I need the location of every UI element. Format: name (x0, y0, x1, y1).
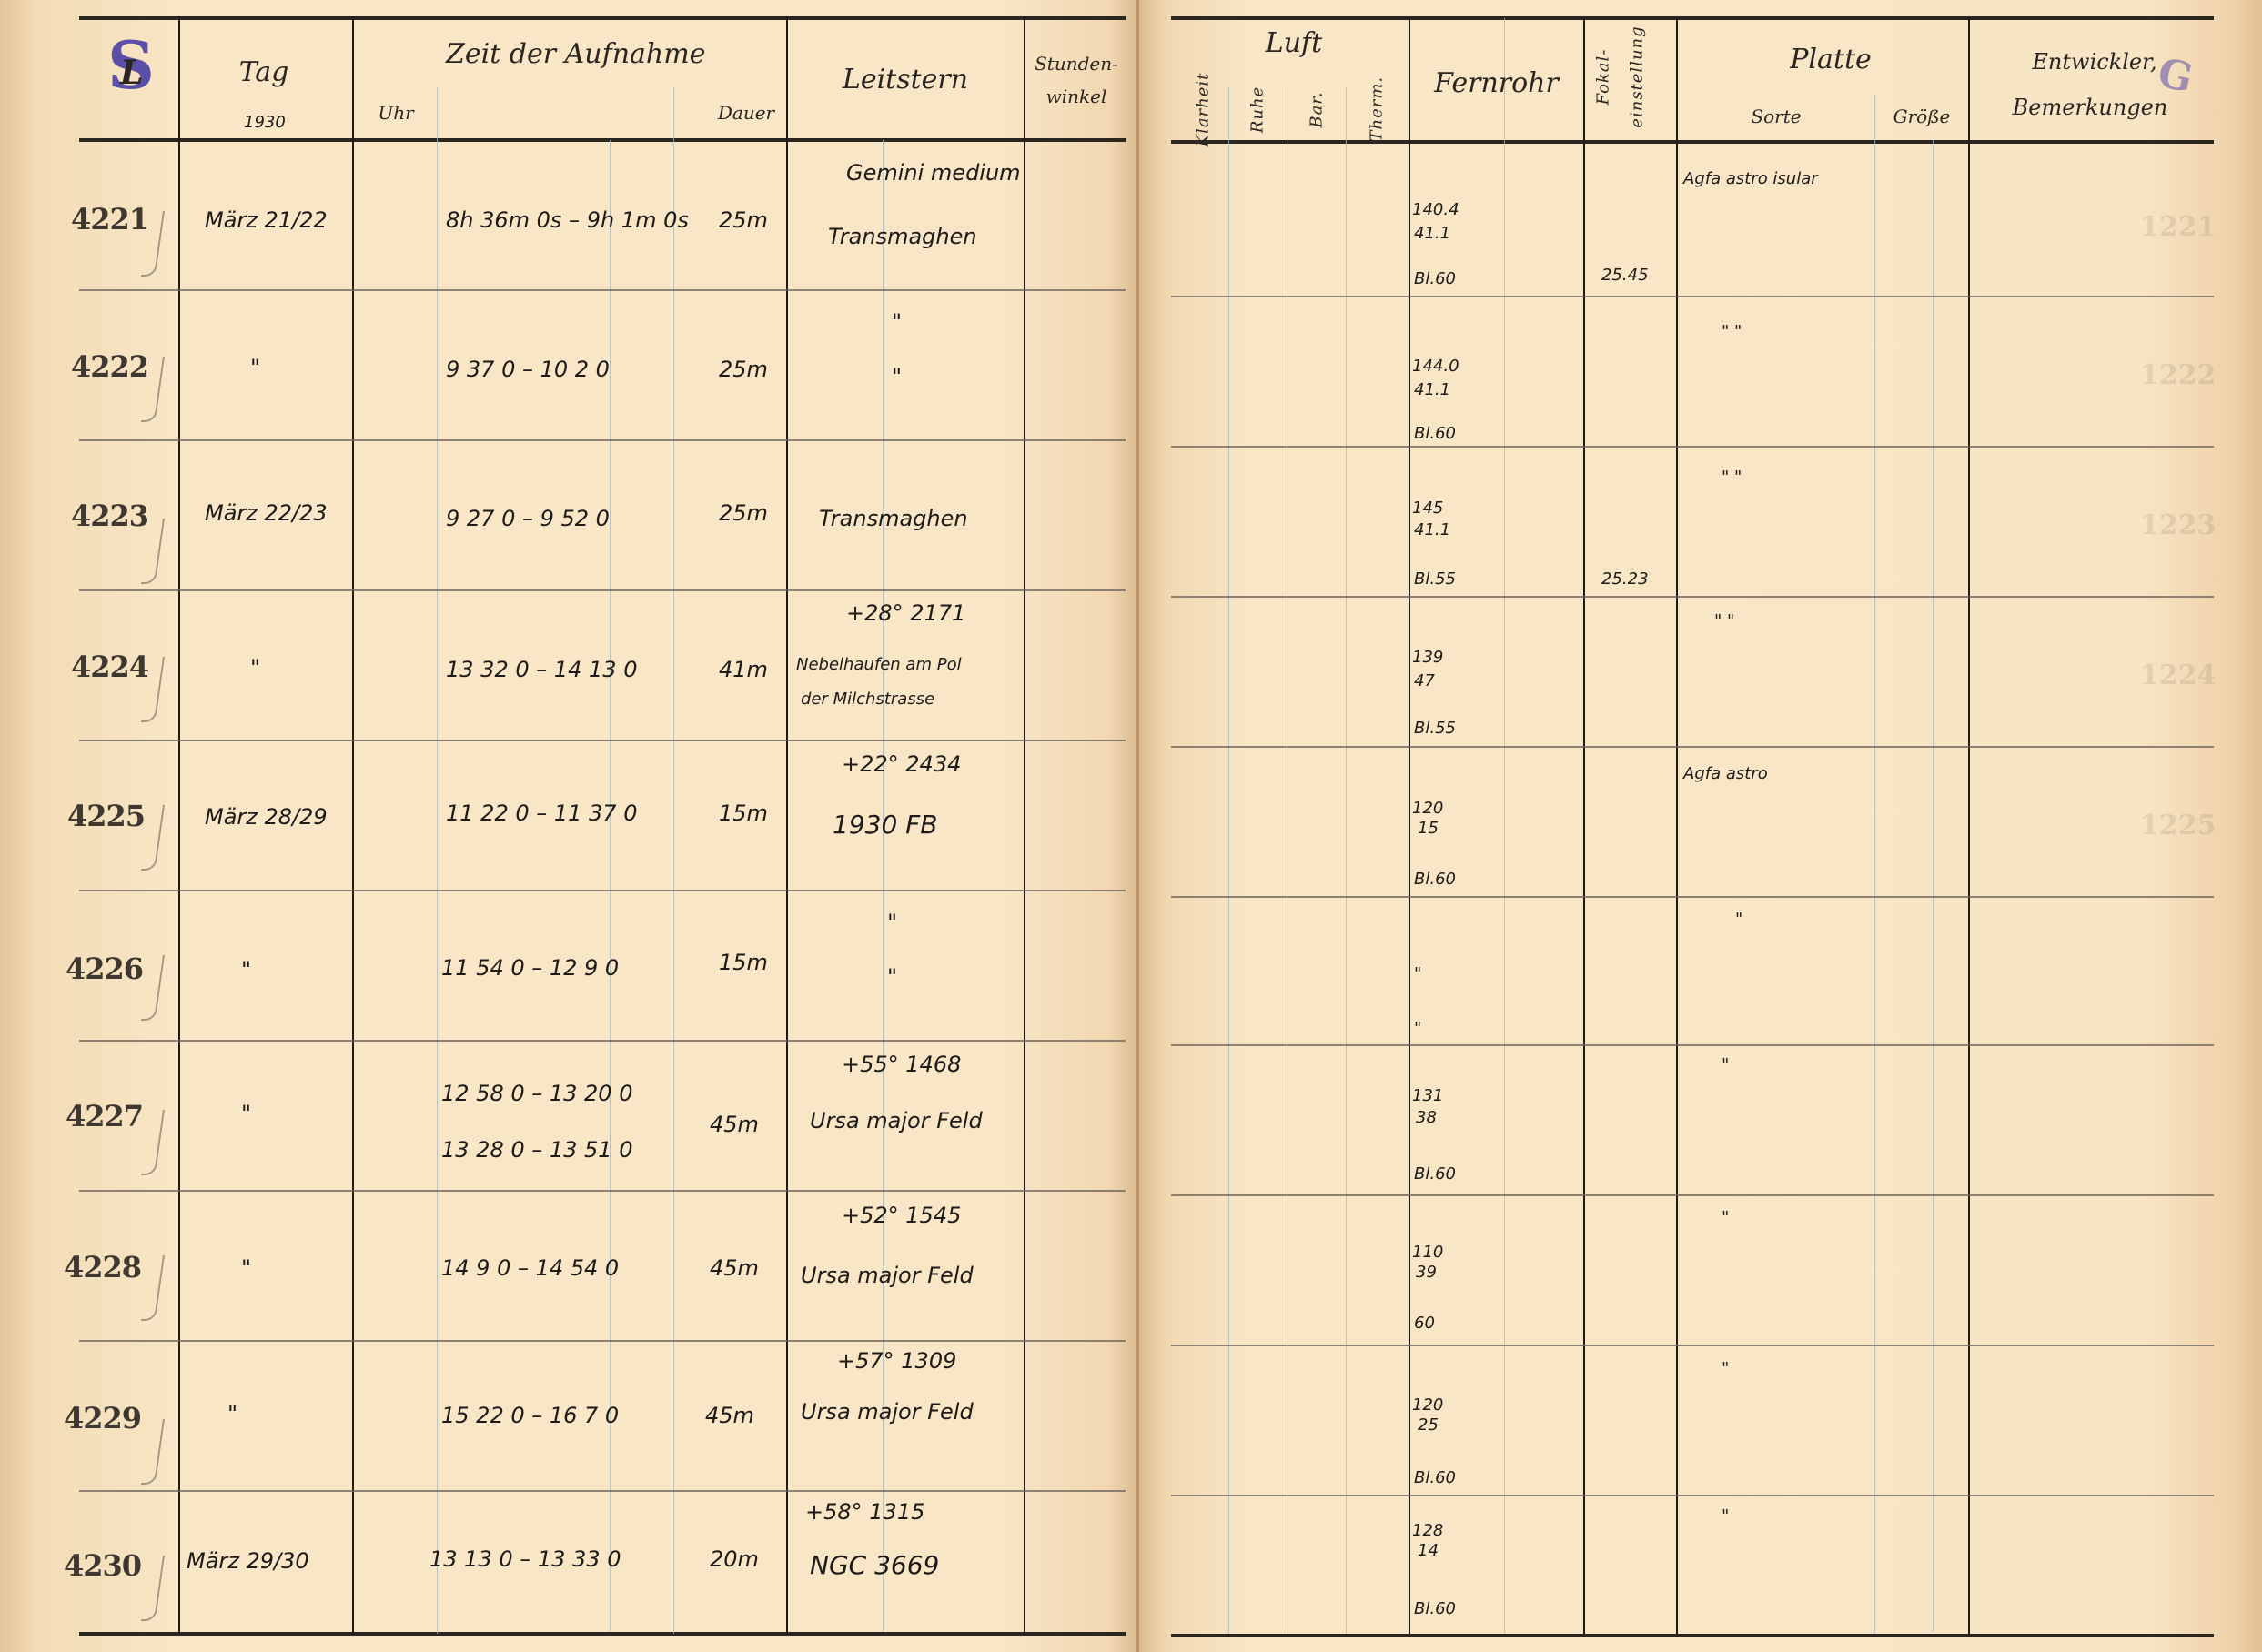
header-klarheit: Klarheit (1194, 69, 1213, 151)
row-tag: März 21/22 (205, 207, 328, 233)
header-stundenwinkel-2: winkel (1026, 86, 1126, 107)
checkmark-icon (141, 1419, 165, 1485)
checkmark-icon (141, 1255, 165, 1321)
row-leitstern-line1: " (892, 309, 902, 335)
row-leitstern-line1: +58° 1315 (805, 1499, 924, 1525)
row-zeit-line2: 13 28 0 – 13 51 0 (441, 1137, 632, 1163)
row-sorte: " (1722, 1208, 1729, 1227)
row-fernrohr-line1: 128 (1412, 1521, 1443, 1540)
row-zeit: 9 37 0 – 10 2 0 (446, 357, 610, 382)
row-dauer: 15m (719, 801, 768, 826)
row-sorte: " " (1722, 468, 1742, 487)
row-zeit: 8h 36m 0s – 9h 1m 0s (446, 207, 689, 233)
row-separator (1171, 296, 2214, 297)
col-divider-ruhe (1228, 87, 1229, 1634)
row-fernrohr-line2: 14 (1418, 1541, 1439, 1560)
row-separator (79, 1040, 1126, 1042)
row-separator (79, 740, 1126, 741)
row-fernrohr-line2: 15 (1418, 819, 1439, 838)
row-fernrohr-line1: 145 (1412, 499, 1443, 518)
row-dauer: 45m (710, 1255, 759, 1281)
row-fernrohr-line3: Bl.60 (1414, 1599, 1456, 1618)
row-separator (1171, 596, 2214, 598)
row-leitstern-line2: Ursa major Feld (801, 1399, 974, 1425)
row-separator (1171, 446, 2214, 448)
row-tag: " (250, 655, 260, 680)
row-number: 4225 (67, 799, 145, 833)
row-leitstern-line2: Ursa major Feld (801, 1263, 974, 1288)
header-bemerkungen: Bemerkungen (1985, 95, 2195, 120)
row-number: 4222 (71, 349, 148, 384)
col-divider-leitstern (786, 16, 788, 1634)
header-dauer: Dauer (710, 102, 783, 124)
row-number: 4229 (64, 1401, 141, 1435)
row-leitstern-line1: +52° 1545 (842, 1203, 961, 1228)
row-tag: " (241, 957, 251, 982)
table-top-rule (1171, 16, 2214, 20)
row-leitstern-line1: +57° 1309 (837, 1348, 956, 1374)
row-tag: " (241, 1101, 251, 1126)
row-sorte: " (1722, 1506, 1729, 1526)
row-leitstern-line2: " (892, 364, 902, 389)
row-separator (1171, 746, 2214, 748)
row-number: 4228 (64, 1250, 141, 1284)
row-leitstern-line1: +22° 2434 (842, 751, 961, 777)
row-fernrohr-line1: 139 (1412, 648, 1443, 667)
row-number: 4223 (71, 499, 148, 533)
row-dauer: 25m (719, 500, 768, 526)
header-stundenwinkel-1: Stunden- (1026, 53, 1126, 75)
right-page: Luft Klarheit Ruhe Bar. Therm. Fernrohr … (1139, 0, 2262, 1652)
row-dauer: 15m (719, 950, 768, 975)
row-separator (79, 1490, 1126, 1492)
row-zeit: 13 13 0 – 13 33 0 (429, 1546, 621, 1572)
row-tag: März 28/29 (205, 804, 328, 830)
row-tag: " (250, 355, 260, 380)
row-fernrohr-line1: 140.4 (1412, 200, 1459, 219)
row-number: 4230 (64, 1548, 141, 1583)
row-sorte: " (1722, 1359, 1729, 1378)
col-guide-fernrohr (1504, 18, 1505, 1634)
row-zeit: 9 27 0 – 9 52 0 (446, 506, 610, 531)
col-divider-fokal (1583, 18, 1585, 1634)
monogram-stamp: S L (107, 33, 155, 98)
row-sorte: Agfa astro isular (1683, 169, 1818, 188)
row-tag: März 29/30 (187, 1548, 309, 1574)
header-zeit-der-aufnahme: Zeit der Aufnahme (446, 38, 701, 70)
row-zeit: 14 9 0 – 14 54 0 (441, 1255, 619, 1281)
row-dauer: 25m (719, 207, 768, 233)
header-therm: Therm. (1368, 78, 1387, 142)
row-number: 4224 (71, 650, 148, 684)
row-separator (79, 439, 1126, 441)
row-number: 4221 (71, 202, 148, 237)
checkmark-icon (141, 1556, 165, 1621)
col-divider-bar (1288, 87, 1288, 1634)
row-leitstern-line1: " (887, 910, 897, 935)
bleed-through-number: 1223 (2140, 509, 2217, 541)
row-dauer: 20m (710, 1546, 759, 1572)
header-uhr: Uhr (373, 102, 419, 124)
col-divider-tag (178, 16, 180, 1634)
row-leitstern-line2: 1930 FB (833, 810, 937, 840)
row-dauer: 45m (705, 1403, 754, 1428)
row-leitstern-line1: Transmaghen (819, 506, 968, 531)
row-fernrohr-line3: Bl.60 (1414, 269, 1456, 288)
header-platte: Platte (1776, 44, 1885, 76)
header-fernrohr: Fernrohr (1412, 67, 1580, 99)
row-fernrohr-line2: 38 (1416, 1108, 1437, 1127)
row-dauer: 41m (719, 657, 768, 682)
col-divider-fernrohr (1409, 18, 1410, 1634)
row-leitstern-line3: der Milchstrasse (801, 690, 934, 709)
row-dauer: 25m (719, 357, 768, 382)
col-divider-groesse (1874, 95, 1875, 1634)
row-separator (1171, 1044, 2214, 1046)
bleed-through-number: 1221 (2140, 211, 2217, 243)
col-divider-platte (1676, 18, 1678, 1634)
row-zeit: 11 22 0 – 11 37 0 (446, 801, 637, 826)
col-divider-stundenwinkel (1024, 16, 1025, 1634)
row-separator (79, 890, 1126, 891)
row-sorte: " (1735, 910, 1742, 929)
row-fernrohr-line2: 47 (1414, 671, 1435, 690)
table-top-rule (79, 16, 1126, 20)
row-sorte: " " (1722, 322, 1742, 341)
row-leitstern-line2: NGC 3669 (810, 1550, 939, 1580)
row-fokal: 25.23 (1601, 569, 1649, 589)
row-fernrohr-line2: 25 (1418, 1415, 1439, 1435)
col-guide-uhr (437, 87, 438, 1634)
row-separator (79, 1190, 1126, 1192)
header-fokal-1: Fokal- (1594, 41, 1613, 114)
row-fernrohr-line2: 41.1 (1414, 520, 1450, 539)
col-guide-groesse (1933, 140, 1934, 1632)
row-separator (1171, 1345, 2214, 1346)
row-zeit: 15 22 0 – 16 7 0 (441, 1403, 619, 1428)
row-zeit-line1: 12 58 0 – 13 20 0 (441, 1081, 632, 1106)
row-fernrohr-line2: 41.1 (1414, 224, 1450, 243)
row-fernrohr-line1: 120 (1412, 1395, 1443, 1415)
header-bar: Bar. (1308, 87, 1327, 133)
row-fernrohr-line1: 110 (1412, 1243, 1443, 1262)
row-dauer: 45m (710, 1112, 759, 1137)
col-divider-zeit (352, 16, 354, 1634)
row-fernrohr-line3: Bl.60 (1414, 870, 1456, 889)
row-fernrohr-line1: 120 (1412, 799, 1443, 818)
row-leitstern-line2: " (887, 964, 897, 990)
row-number: 4226 (66, 952, 143, 986)
bleed-through-number: 1222 (2140, 359, 2217, 391)
header-sorte: Sorte (1722, 106, 1831, 127)
checkmark-icon (141, 955, 165, 1021)
row-fernrohr-line3: Bl.60 (1414, 1164, 1456, 1184)
row-tag: " (227, 1401, 237, 1426)
row-fernrohr-line3: Bl.60 (1414, 1468, 1456, 1487)
row-separator (79, 1340, 1126, 1342)
header-luft: Luft (1257, 27, 1330, 59)
bleed-through-number: 1224 (2140, 660, 2217, 691)
table-bottom-rule (1171, 1634, 2214, 1637)
row-leitstern-line1: +28° 2171 (846, 600, 965, 626)
row-zeit: 11 54 0 – 12 9 0 (441, 955, 619, 981)
row-fernrohr-line3: Bl.60 (1414, 424, 1456, 443)
row-leitstern-line2: Nebelhaufen am Pol (796, 655, 962, 674)
col-divider-entwickler (1968, 18, 1970, 1634)
bleed-through-number: 1225 (2140, 810, 2217, 841)
header-fokal-2: einstellung (1628, 18, 1647, 136)
row-fernrohr-line1: 131 (1412, 1086, 1443, 1105)
left-page: S L Tag 1930 Zeit der Aufnahme Uhr Dauer… (0, 0, 1139, 1652)
row-separator (1171, 896, 2214, 898)
header-ruhe: Ruhe (1248, 83, 1267, 137)
row-fernrohr-line2: " (1414, 1019, 1421, 1038)
row-sorte: " " (1714, 611, 1734, 630)
col-divider-therm (1346, 87, 1347, 1634)
table-bottom-rule (79, 1632, 1126, 1636)
row-fernrohr-line2: 41.1 (1414, 380, 1450, 399)
header-year: 1930 (244, 113, 286, 132)
header-bottom-rule (1171, 140, 2214, 144)
header-tag: Tag (227, 56, 300, 88)
row-fernrohr-line1: 144.0 (1412, 357, 1459, 376)
row-leitstern-line1: Gemini medium (846, 160, 1021, 186)
header-groesse: Größe (1876, 106, 1967, 127)
row-fernrohr-line3: Bl.55 (1414, 719, 1456, 738)
row-zeit: 13 32 0 – 14 13 0 (446, 657, 637, 682)
row-separator (1171, 1194, 2214, 1196)
row-leitstern-line1: +55° 1468 (842, 1052, 961, 1077)
row-tag: März 22/23 (205, 500, 328, 526)
row-separator (79, 289, 1126, 291)
header-leitstern: Leitstern (801, 64, 1010, 96)
col-guide-sec (673, 87, 674, 1634)
row-sorte: " (1722, 1055, 1729, 1074)
row-number: 4227 (66, 1099, 143, 1133)
row-fernrohr-line3: 60 (1414, 1314, 1435, 1333)
row-fernrohr-line3: Bl.55 (1414, 569, 1456, 589)
row-leitstern-line2: Transmaghen (828, 224, 977, 249)
row-separator (1171, 1495, 2214, 1496)
row-fernrohr-line2: 39 (1416, 1263, 1437, 1282)
checkmark-icon (141, 1110, 165, 1175)
row-fernrohr-line1: " (1414, 964, 1421, 983)
header-entwickler: Entwickler, (2013, 49, 2176, 75)
row-sorte: Agfa astro (1683, 764, 1768, 783)
row-tag: " (241, 1255, 251, 1281)
row-separator (79, 589, 1126, 591)
header-bottom-rule (79, 138, 1126, 142)
row-fokal: 25.45 (1601, 266, 1649, 285)
stamp-letter-l: L (120, 40, 143, 106)
row-leitstern-line2: Ursa major Feld (810, 1108, 983, 1133)
